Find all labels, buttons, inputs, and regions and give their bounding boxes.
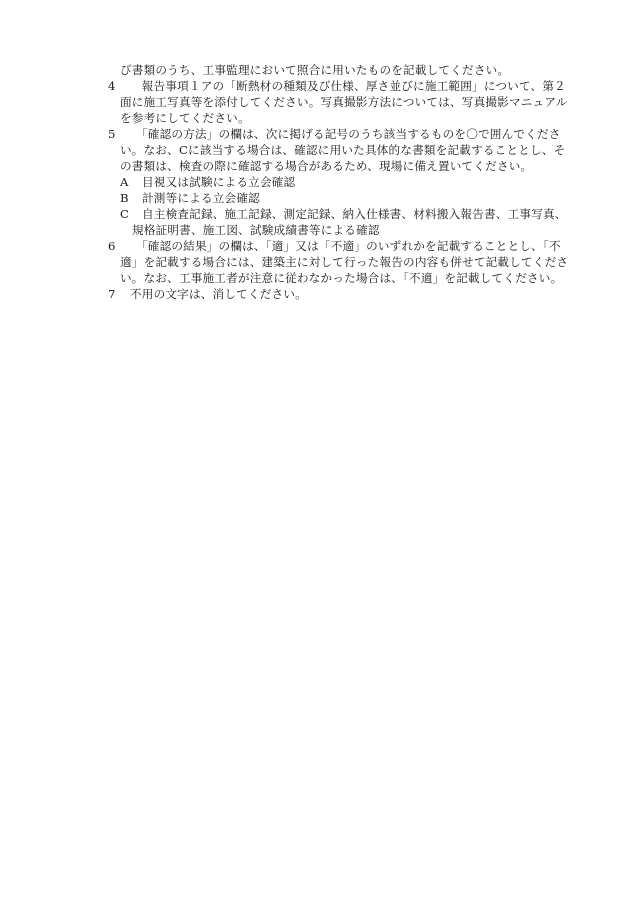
note-text: 不用の文字は、消してください。 [130, 287, 307, 301]
option-text: 自主検査記録、施工記録、測定記録、納入仕様書、材料搬入報告書、工事写真、 [142, 207, 567, 221]
note-number: 7 [108, 286, 130, 302]
note-text: 「確認の結果」の欄は、「適」又は「不適」のいずれかを記載することとし、「不 [130, 239, 561, 253]
note-line: を参考にしてください。 [120, 110, 250, 126]
note-item-6: 6 「確認の結果」の欄は、「適」又は「不適」のいずれかを記載することとし、「不 [108, 238, 561, 254]
method-option-c: C自主検査記録、施工記録、測定記録、納入仕様書、材料搬入報告書、工事写真、 [120, 206, 567, 222]
note-number: 4 [108, 78, 130, 94]
note-item-5: 5 「確認の方法」の欄は、次に掲げる記号のうち該当するものを〇で囲んでくださ [108, 126, 561, 142]
note-line: 規格証明書、施工図、試験成績書等による確認 [132, 222, 380, 238]
option-letter: B [120, 190, 142, 206]
option-text: 規格証明書、施工図、試験成績書等による確認 [132, 223, 380, 237]
note-line: 面に施工写真等を添付してください。写真撮影方法については、写真撮影マニュアル [120, 94, 567, 110]
document-page: び書類のうち、工事監理において照合に用いたものを記載してください。 4 報告事項… [0, 0, 630, 903]
note-text: 面に施工写真等を添付してください。写真撮影方法については、写真撮影マニュアル [120, 95, 567, 109]
method-option-b: B計測等による立会確認 [120, 190, 260, 206]
note-line: い。なお、工事施工者が注意に従わなかった場合は、「不適」を記載してください。 [120, 270, 562, 286]
note-text: い。なお、工事施工者が注意に従わなかった場合は、「不適」を記載してください。 [120, 271, 562, 285]
note-number: 5 [108, 126, 130, 142]
note-line: 適」を記載する場合には、建築主に対して行った報告の内容も併せて記載してくださ [120, 254, 568, 270]
option-text: 計測等による立会確認 [142, 191, 260, 205]
note-text: い。なお、Cに該当する場合は、確認に用いた具体的な書類を記載することとし、そ [120, 143, 565, 157]
note-line: の書類は、検査の際に確認する場合があるため、現場に備え置いてください。 [120, 158, 532, 174]
note-line: び書類のうち、工事監理において照合に用いたものを記載してください。 [120, 62, 509, 78]
option-text: 目視又は試験による立会確認 [142, 175, 295, 189]
method-option-a: A目視又は試験による立会確認 [120, 174, 295, 190]
note-text: の書類は、検査の際に確認する場合があるため、現場に備え置いてください。 [120, 159, 532, 173]
note-text: び書類のうち、工事監理において照合に用いたものを記載してください。 [120, 63, 509, 77]
note-text: 適」を記載する場合には、建築主に対して行った報告の内容も併せて記載してくださ [120, 255, 568, 269]
note-text: 報告事項１アの「断熱材の種類及び仕様、厚さ並びに施工範囲」について、第２ [130, 79, 566, 93]
option-letter: A [120, 174, 142, 190]
note-text: を参考にしてください。 [120, 111, 250, 125]
note-item-4: 4 報告事項１アの「断熱材の種類及び仕様、厚さ並びに施工範囲」について、第２ [108, 78, 566, 94]
note-text: 「確認の方法」の欄は、次に掲げる記号のうち該当するものを〇で囲んでくださ [130, 127, 561, 141]
note-number: 6 [108, 238, 130, 254]
option-letter: C [120, 206, 142, 222]
note-item-7: 7不用の文字は、消してください。 [108, 286, 307, 302]
note-line: い。なお、Cに該当する場合は、確認に用いた具体的な書類を記載することとし、そ [120, 142, 565, 158]
